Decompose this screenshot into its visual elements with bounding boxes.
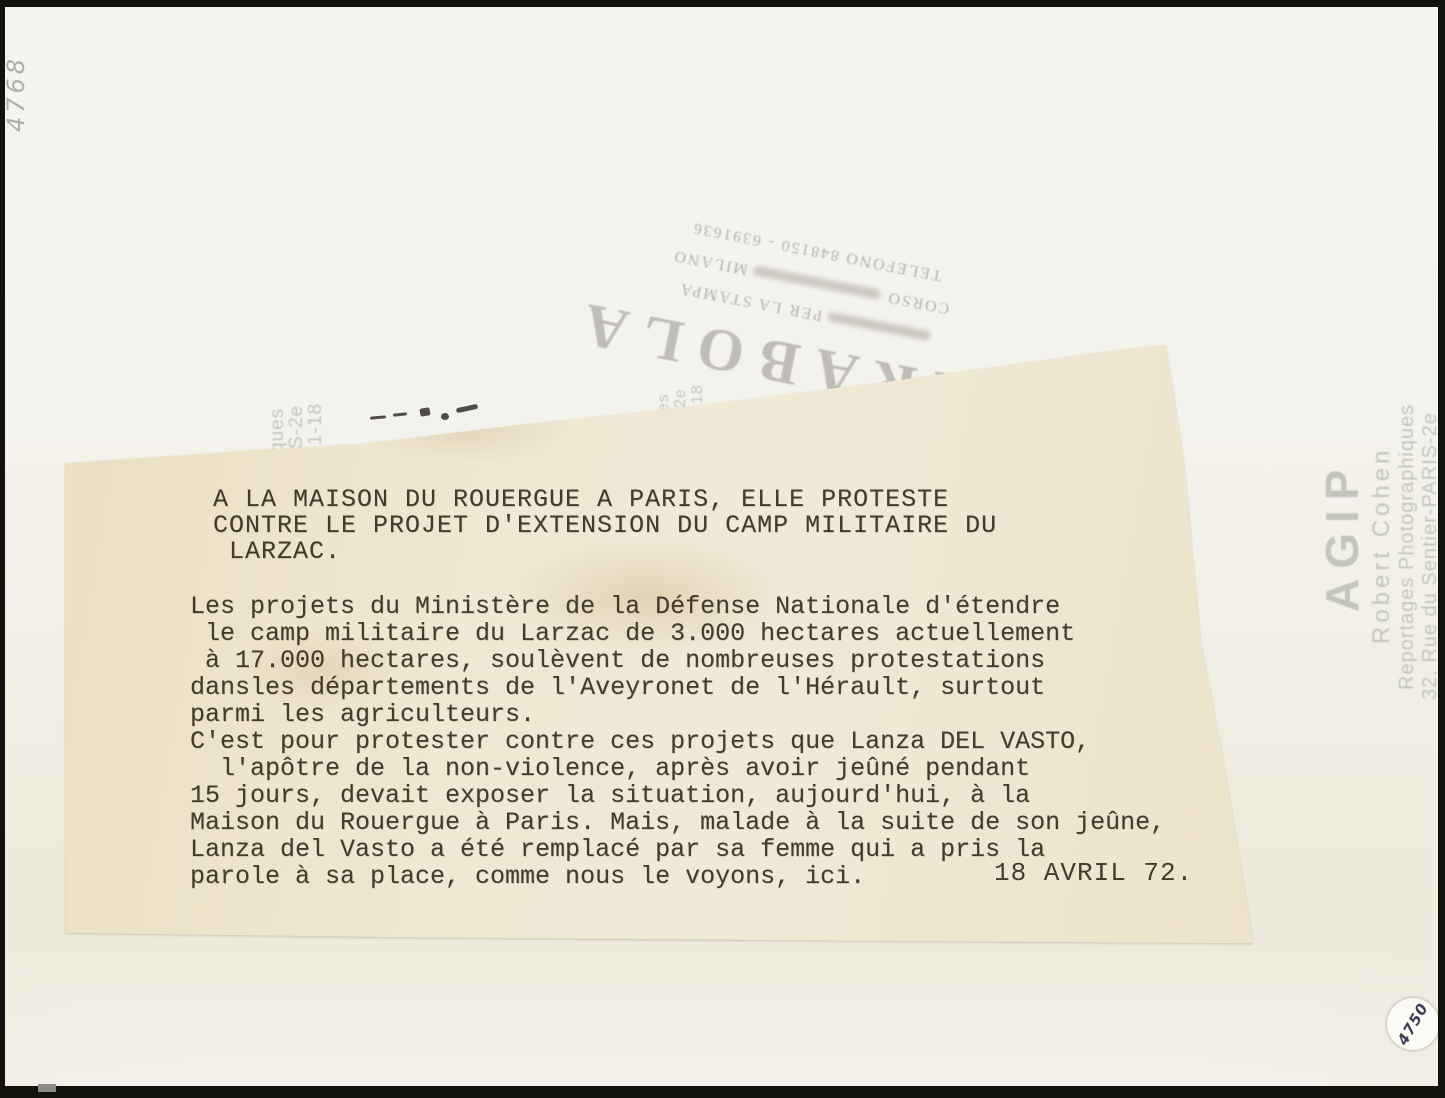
pencil-number: 4768 xyxy=(2,55,30,132)
scan-border-right xyxy=(1438,0,1445,1098)
photo-back-scan: FARABOLA PER LA STAMPA CORSO MILANO TELE… xyxy=(0,0,1445,1098)
typed-body: Les projets du Ministère de la Défense N… xyxy=(190,593,1165,890)
scan-border-top xyxy=(0,0,1445,7)
typed-heading: A LA MAISON DU ROUERGUE A PARIS, ELLE PR… xyxy=(213,487,997,565)
agip-stamp: AGIP Robert Cohen Reportages Photographi… xyxy=(1316,404,1442,700)
agip-stamp-photographer: Robert Cohen xyxy=(1368,404,1396,700)
archive-sticker: 4750 xyxy=(1387,998,1439,1050)
scan-border-left xyxy=(0,0,5,1098)
archive-sticker-number: 4750 xyxy=(1394,1000,1432,1049)
caption-slip: A LA MAISON DU ROUERGUE A PARIS, ELLE PR… xyxy=(58,340,1258,950)
caption-slip-paper: A LA MAISON DU ROUERGUE A PARIS, ELLE PR… xyxy=(58,340,1258,950)
typed-date: 18 AVRIL 72. xyxy=(994,858,1193,888)
scan-border-bottom xyxy=(0,1086,1445,1098)
agip-stamp-name: AGIP xyxy=(1316,404,1368,700)
illegible-smear xyxy=(827,311,932,341)
agip-stamp-line3: Reportages Photographiques xyxy=(1396,404,1419,700)
scan-border-notch xyxy=(38,1084,56,1092)
